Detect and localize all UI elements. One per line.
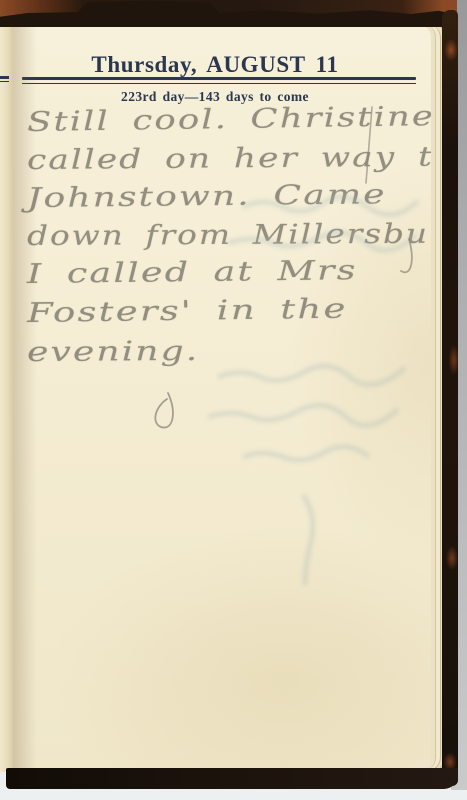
entry-line: Still cool. Christine: [27, 101, 431, 138]
entry-line: evening.: [27, 336, 200, 368]
page-title: Thursday, AUGUST 11: [13, 52, 417, 78]
pencil-descender-stroke: [155, 393, 173, 428]
facing-page-sliver: [0, 24, 13, 772]
facing-page-rule-fragment: [0, 76, 9, 79]
entry-line: down from Millersburg.: [27, 218, 431, 252]
header-rule-thick: [22, 77, 416, 80]
entry-line: Fosters' in the: [27, 294, 348, 329]
book-cover-bottom-edge: [6, 768, 458, 789]
book-cover-right-edge: [442, 10, 458, 786]
scanned-diary-page: Thursday, AUGUST 11 223rd day—143 days t…: [0, 0, 467, 800]
entry-line: called on her way to: [27, 141, 431, 176]
header-rule-thin: [22, 83, 416, 84]
entry-line: I called at Mrs: [27, 255, 358, 290]
book-cover-top-edge: [0, 0, 457, 27]
entry-line: Johnstown. Came: [27, 179, 387, 214]
diary-page: Thursday, AUGUST 11 223rd day—143 days t…: [13, 25, 431, 770]
